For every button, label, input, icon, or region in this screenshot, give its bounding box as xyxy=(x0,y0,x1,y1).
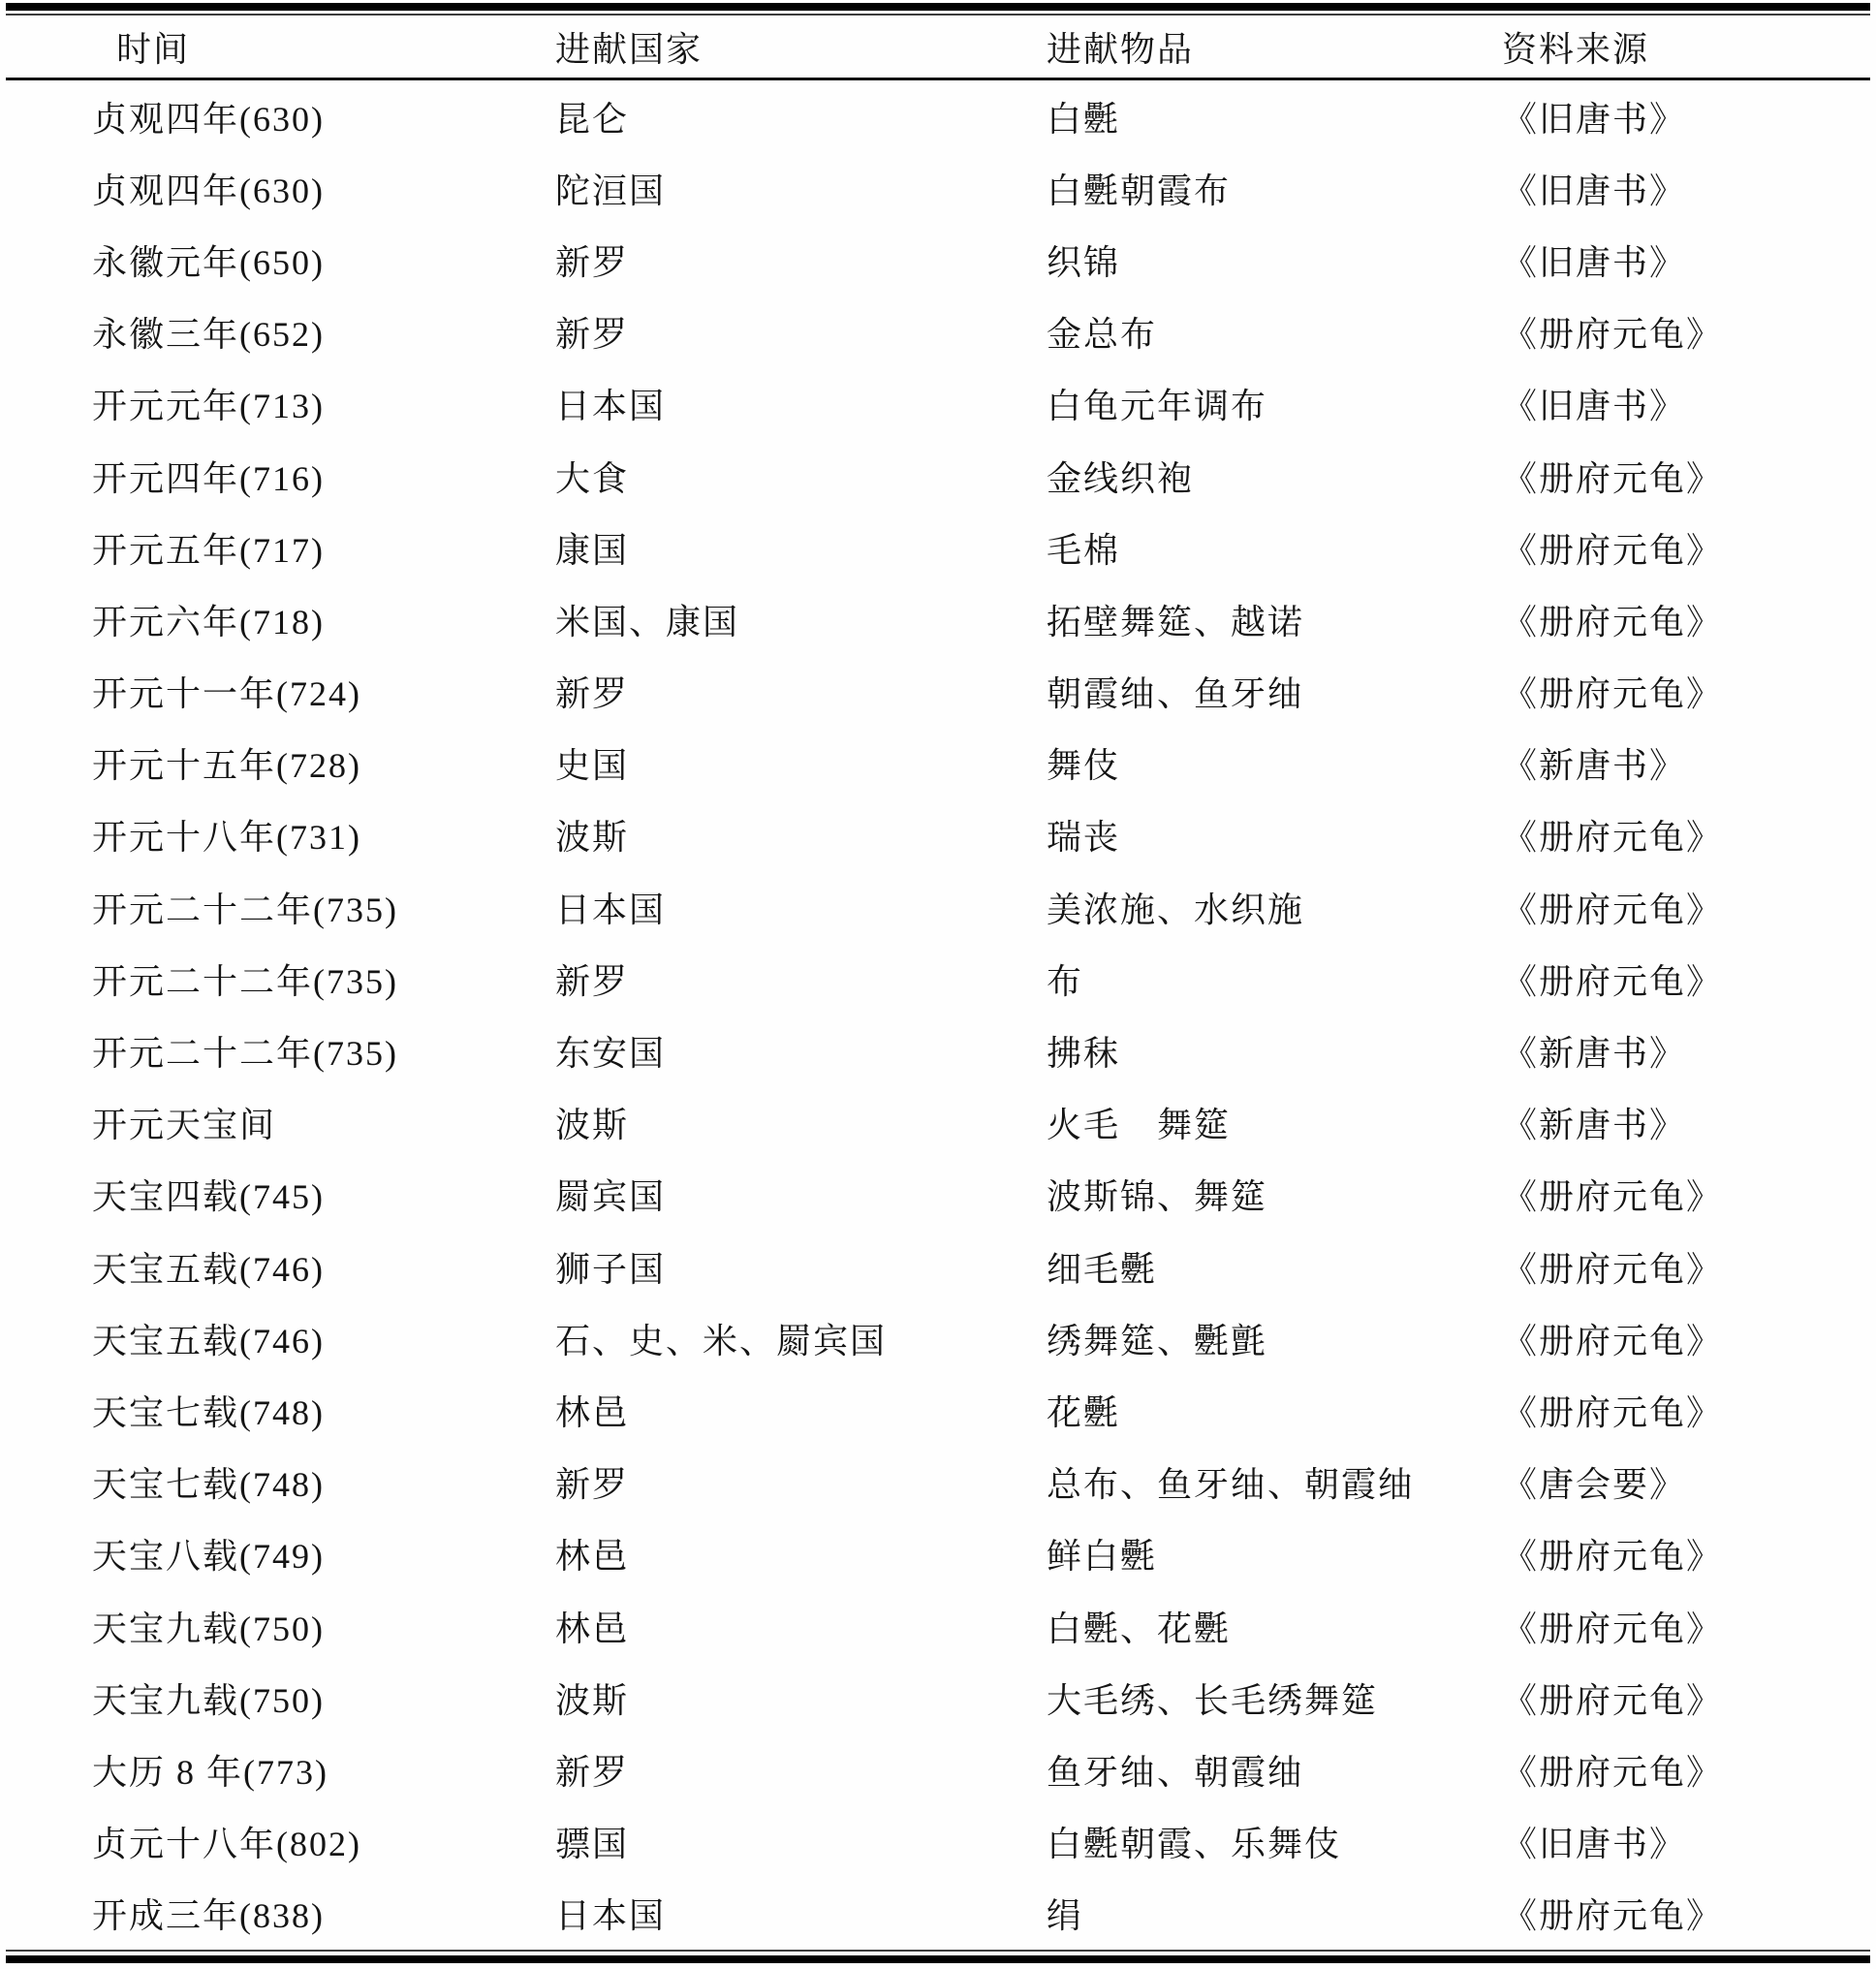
table-row: 天宝八载(749) 林邑 鲜白氎 《册府元龟》 xyxy=(0,1518,1876,1590)
cell-time: 开元天宝间 xyxy=(0,1098,555,1147)
cell-country: 狮子国 xyxy=(555,1242,1047,1292)
cell-source: 《册府元龟》 xyxy=(1502,667,1876,716)
cell-items: 绣舞筵、氎氈 xyxy=(1047,1314,1502,1363)
cell-country: 新罗 xyxy=(555,307,1047,357)
cell-time: 天宝七载(748) xyxy=(0,1457,555,1507)
cell-items: 细毛氎 xyxy=(1047,1242,1502,1292)
cell-time: 天宝四载(745) xyxy=(0,1170,555,1219)
cell-source: 《册府元龟》 xyxy=(1502,595,1876,644)
table-row: 开成三年(838) 日本国 绢 《册府元龟》 xyxy=(0,1878,1876,1950)
header-source: 资料来源 xyxy=(1502,22,1876,72)
table-row: 开元天宝间 波斯 火毛 舞筵 《新唐书》 xyxy=(0,1087,1876,1159)
table-row: 天宝七载(748) 新罗 总布、鱼牙䌷、朝霞䌷 《唐会要》 xyxy=(0,1447,1876,1518)
cell-items: 波斯锦、舞筵 xyxy=(1047,1170,1502,1219)
cell-time: 贞元十八年(802) xyxy=(0,1817,555,1866)
cell-source: 《册府元龟》 xyxy=(1502,810,1876,859)
cell-items: 绢 xyxy=(1047,1889,1502,1938)
cell-time: 开元六年(718) xyxy=(0,595,555,644)
cell-country: 林邑 xyxy=(555,1602,1047,1651)
cell-source: 《册府元龟》 xyxy=(1502,1745,1876,1795)
cell-items: 美浓施、水织施 xyxy=(1047,883,1502,932)
cell-items: 白氎朝霞布 xyxy=(1047,164,1502,213)
table-row: 开元十八年(731) 波斯 瑞丧 《册府元龟》 xyxy=(0,799,1876,871)
cell-time: 开元十五年(728) xyxy=(0,738,555,788)
cell-source: 《册府元龟》 xyxy=(1502,954,1876,1004)
cell-time: 永徽元年(650) xyxy=(0,235,555,285)
cell-source: 《册府元龟》 xyxy=(1502,1889,1876,1938)
cell-items: 金线织袍 xyxy=(1047,452,1502,501)
bottom-rule xyxy=(6,1955,1870,1963)
cell-items: 拓壁舞筵、越诺 xyxy=(1047,595,1502,644)
cell-country: 日本国 xyxy=(555,379,1047,428)
cell-time: 贞观四年(630) xyxy=(0,164,555,213)
table-row: 贞元十八年(802) 骠国 白氎朝霞、乐舞伎 《旧唐书》 xyxy=(0,1806,1876,1878)
cell-country: 波斯 xyxy=(555,1673,1047,1723)
cell-items: 白氎、花氎 xyxy=(1047,1602,1502,1651)
cell-country: 陀洹国 xyxy=(555,164,1047,213)
cell-time: 天宝八载(749) xyxy=(0,1529,555,1578)
cell-country: 新罗 xyxy=(555,1745,1047,1795)
cell-source: 《旧唐书》 xyxy=(1502,379,1876,428)
cell-items: 鲜白氎 xyxy=(1047,1529,1502,1578)
cell-country: 大食 xyxy=(555,452,1047,501)
table-row: 贞观四年(630) 昆仑 白氎 《旧唐书》 xyxy=(0,80,1876,152)
cell-source: 《册府元龟》 xyxy=(1502,1170,1876,1219)
cell-items: 白龟元年调布 xyxy=(1047,379,1502,428)
cell-items: 金总布 xyxy=(1047,307,1502,357)
cell-source: 《册府元龟》 xyxy=(1502,1529,1876,1578)
table-row: 永徽元年(650) 新罗 织锦 《旧唐书》 xyxy=(0,224,1876,296)
table-row: 天宝五载(746) 狮子国 细毛氎 《册府元龟》 xyxy=(0,1231,1876,1302)
cell-items: 鱼牙䌷、朝霞䌷 xyxy=(1047,1745,1502,1795)
table-row: 开元二十二年(735) 东安国 拂秣 《新唐书》 xyxy=(0,1015,1876,1086)
cell-time: 贞观四年(630) xyxy=(0,92,555,141)
cell-source: 《新唐书》 xyxy=(1502,1098,1876,1147)
cell-time: 天宝七载(748) xyxy=(0,1386,555,1435)
bottom-rule-echo xyxy=(6,1950,1870,1952)
cell-country: 昆仑 xyxy=(555,92,1047,141)
cell-time: 开元元年(713) xyxy=(0,379,555,428)
header-time: 时间 xyxy=(0,22,555,72)
cell-time: 大历 8 年(773) xyxy=(0,1745,555,1795)
cell-items: 火毛 舞筵 xyxy=(1047,1098,1502,1147)
cell-country: 新罗 xyxy=(555,1457,1047,1507)
cell-time: 开元二十二年(735) xyxy=(0,1026,555,1076)
cell-country: 新罗 xyxy=(555,954,1047,1004)
scanned-table-page: 时间 进献国家 进献物品 资料来源 贞观四年(630) 昆仑 白氎 《旧唐书》 … xyxy=(0,0,1876,1969)
table-row: 天宝九载(750) 林邑 白氎、花氎 《册府元龟》 xyxy=(0,1590,1876,1662)
cell-time: 开元二十二年(735) xyxy=(0,954,555,1004)
cell-time: 天宝五载(746) xyxy=(0,1314,555,1363)
table-row: 永徽三年(652) 新罗 金总布 《册府元龟》 xyxy=(0,297,1876,368)
cell-items: 瑞丧 xyxy=(1047,810,1502,859)
cell-source: 《册府元龟》 xyxy=(1502,1673,1876,1723)
cell-source: 《旧唐书》 xyxy=(1502,92,1876,141)
cell-items: 总布、鱼牙䌷、朝霞䌷 xyxy=(1047,1457,1502,1507)
cell-source: 《旧唐书》 xyxy=(1502,235,1876,285)
table-row: 大历 8 年(773) 新罗 鱼牙䌷、朝霞䌷 《册府元龟》 xyxy=(0,1734,1876,1805)
cell-country: 石、史、米、罽宾国 xyxy=(555,1314,1047,1363)
cell-country: 日本国 xyxy=(555,1889,1047,1938)
cell-country: 康国 xyxy=(555,523,1047,573)
cell-country: 史国 xyxy=(555,738,1047,788)
table-row: 开元四年(716) 大食 金线织袍 《册府元龟》 xyxy=(0,440,1876,512)
table-row: 开元二十二年(735) 新罗 布 《册府元龟》 xyxy=(0,943,1876,1015)
table-row: 天宝四载(745) 罽宾国 波斯锦、舞筵 《册府元龟》 xyxy=(0,1159,1876,1231)
table-row: 贞观四年(630) 陀洹国 白氎朝霞布 《旧唐书》 xyxy=(0,152,1876,224)
cell-time: 开元二十二年(735) xyxy=(0,883,555,932)
cell-country: 林邑 xyxy=(555,1529,1047,1578)
cell-country: 罽宾国 xyxy=(555,1170,1047,1219)
table-row: 天宝五载(746) 石、史、米、罽宾国 绣舞筵、氎氈 《册府元龟》 xyxy=(0,1302,1876,1374)
cell-time: 开元五年(717) xyxy=(0,523,555,573)
top-rule xyxy=(6,3,1870,11)
cell-items: 毛棉 xyxy=(1047,523,1502,573)
table-body: 贞观四年(630) 昆仑 白氎 《旧唐书》 贞观四年(630) 陀洹国 白氎朝霞… xyxy=(0,80,1876,1950)
cell-time: 开成三年(838) xyxy=(0,1889,555,1938)
cell-items: 白氎朝霞、乐舞伎 xyxy=(1047,1817,1502,1866)
cell-items: 布 xyxy=(1047,954,1502,1004)
table-row: 开元十五年(728) 史国 舞伎 《新唐书》 xyxy=(0,728,1876,799)
table-row: 开元元年(713) 日本国 白龟元年调布 《旧唐书》 xyxy=(0,368,1876,440)
cell-items: 织锦 xyxy=(1047,235,1502,285)
table-row: 开元十一年(724) 新罗 朝霞䌷、鱼牙䌷 《册府元龟》 xyxy=(0,656,1876,728)
cell-source: 《册府元龟》 xyxy=(1502,1242,1876,1292)
cell-source: 《唐会要》 xyxy=(1502,1457,1876,1507)
cell-source: 《册府元龟》 xyxy=(1502,883,1876,932)
cell-time: 永徽三年(652) xyxy=(0,307,555,357)
table-row: 开元六年(718) 米国、康国 拓壁舞筵、越诺 《册府元龟》 xyxy=(0,583,1876,655)
cell-country: 骠国 xyxy=(555,1817,1047,1866)
table-header-row: 时间 进献国家 进献物品 资料来源 xyxy=(0,16,1876,78)
cell-time: 开元四年(716) xyxy=(0,452,555,501)
cell-country: 新罗 xyxy=(555,667,1047,716)
cell-source: 《册府元龟》 xyxy=(1502,1314,1876,1363)
cell-source: 《册府元龟》 xyxy=(1502,452,1876,501)
table-row: 开元五年(717) 康国 毛棉 《册府元龟》 xyxy=(0,512,1876,583)
cell-time: 天宝九载(750) xyxy=(0,1602,555,1651)
cell-time: 天宝五载(746) xyxy=(0,1242,555,1292)
header-country: 进献国家 xyxy=(555,22,1047,72)
cell-source: 《册府元龟》 xyxy=(1502,523,1876,573)
cell-items: 朝霞䌷、鱼牙䌷 xyxy=(1047,667,1502,716)
cell-country: 米国、康国 xyxy=(555,595,1047,644)
table-row: 开元二十二年(735) 日本国 美浓施、水织施 《册府元龟》 xyxy=(0,871,1876,943)
cell-country: 新罗 xyxy=(555,235,1047,285)
cell-country: 日本国 xyxy=(555,883,1047,932)
cell-source: 《旧唐书》 xyxy=(1502,1817,1876,1866)
table-row: 天宝九载(750) 波斯 大毛绣、长毛绣舞筵 《册府元龟》 xyxy=(0,1662,1876,1734)
cell-time: 开元十一年(724) xyxy=(0,667,555,716)
cell-source: 《册府元龟》 xyxy=(1502,307,1876,357)
cell-source: 《新唐书》 xyxy=(1502,1026,1876,1076)
cell-time: 天宝九载(750) xyxy=(0,1673,555,1723)
cell-source: 《新唐书》 xyxy=(1502,738,1876,788)
cell-country: 东安国 xyxy=(555,1026,1047,1076)
cell-country: 波斯 xyxy=(555,1098,1047,1147)
cell-country: 林邑 xyxy=(555,1386,1047,1435)
cell-items: 舞伎 xyxy=(1047,738,1502,788)
header-items: 进献物品 xyxy=(1047,22,1502,72)
cell-items: 大毛绣、长毛绣舞筵 xyxy=(1047,1673,1502,1723)
cell-items: 拂秣 xyxy=(1047,1026,1502,1076)
cell-source: 《册府元龟》 xyxy=(1502,1602,1876,1651)
cell-items: 白氎 xyxy=(1047,92,1502,141)
cell-source: 《旧唐书》 xyxy=(1502,164,1876,213)
cell-country: 波斯 xyxy=(555,810,1047,859)
cell-time: 开元十八年(731) xyxy=(0,810,555,859)
cell-items: 花氎 xyxy=(1047,1386,1502,1435)
cell-source: 《册府元龟》 xyxy=(1502,1386,1876,1435)
table-row: 天宝七载(748) 林邑 花氎 《册府元龟》 xyxy=(0,1374,1876,1446)
